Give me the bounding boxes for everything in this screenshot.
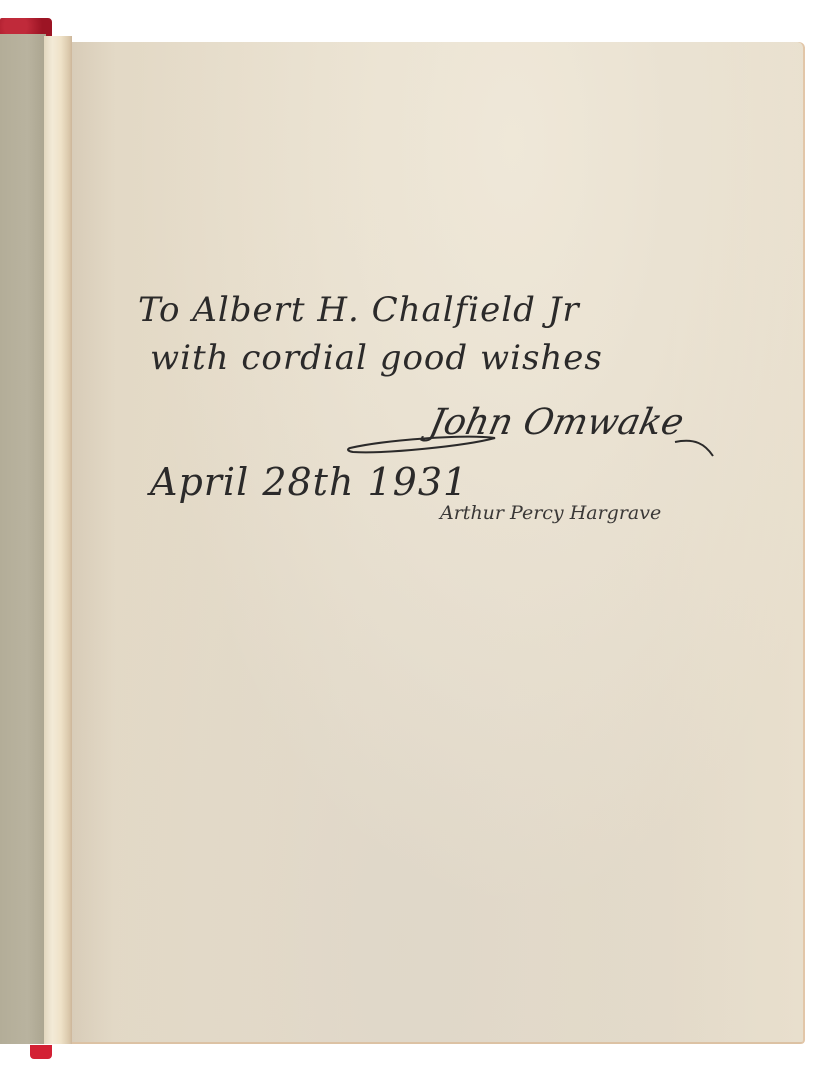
second-signature: Arthur Percy Hargrave: [440, 502, 661, 524]
book-photo: To Albert H. Chalfield Jr with cordial g…: [0, 0, 836, 1080]
inscription-date: April 28th 1931: [150, 460, 468, 504]
author-signature: John Omwake: [426, 402, 688, 443]
flyleaf-page: [72, 42, 805, 1044]
page-hinge: [44, 36, 72, 1044]
inscription-dedication: To Albert H. Chalfield Jr: [138, 290, 580, 330]
inscription-wishes: with cordial good wishes: [150, 338, 603, 378]
book-spine: [0, 34, 46, 1044]
red-cover-bottom-edge: [30, 1045, 52, 1059]
